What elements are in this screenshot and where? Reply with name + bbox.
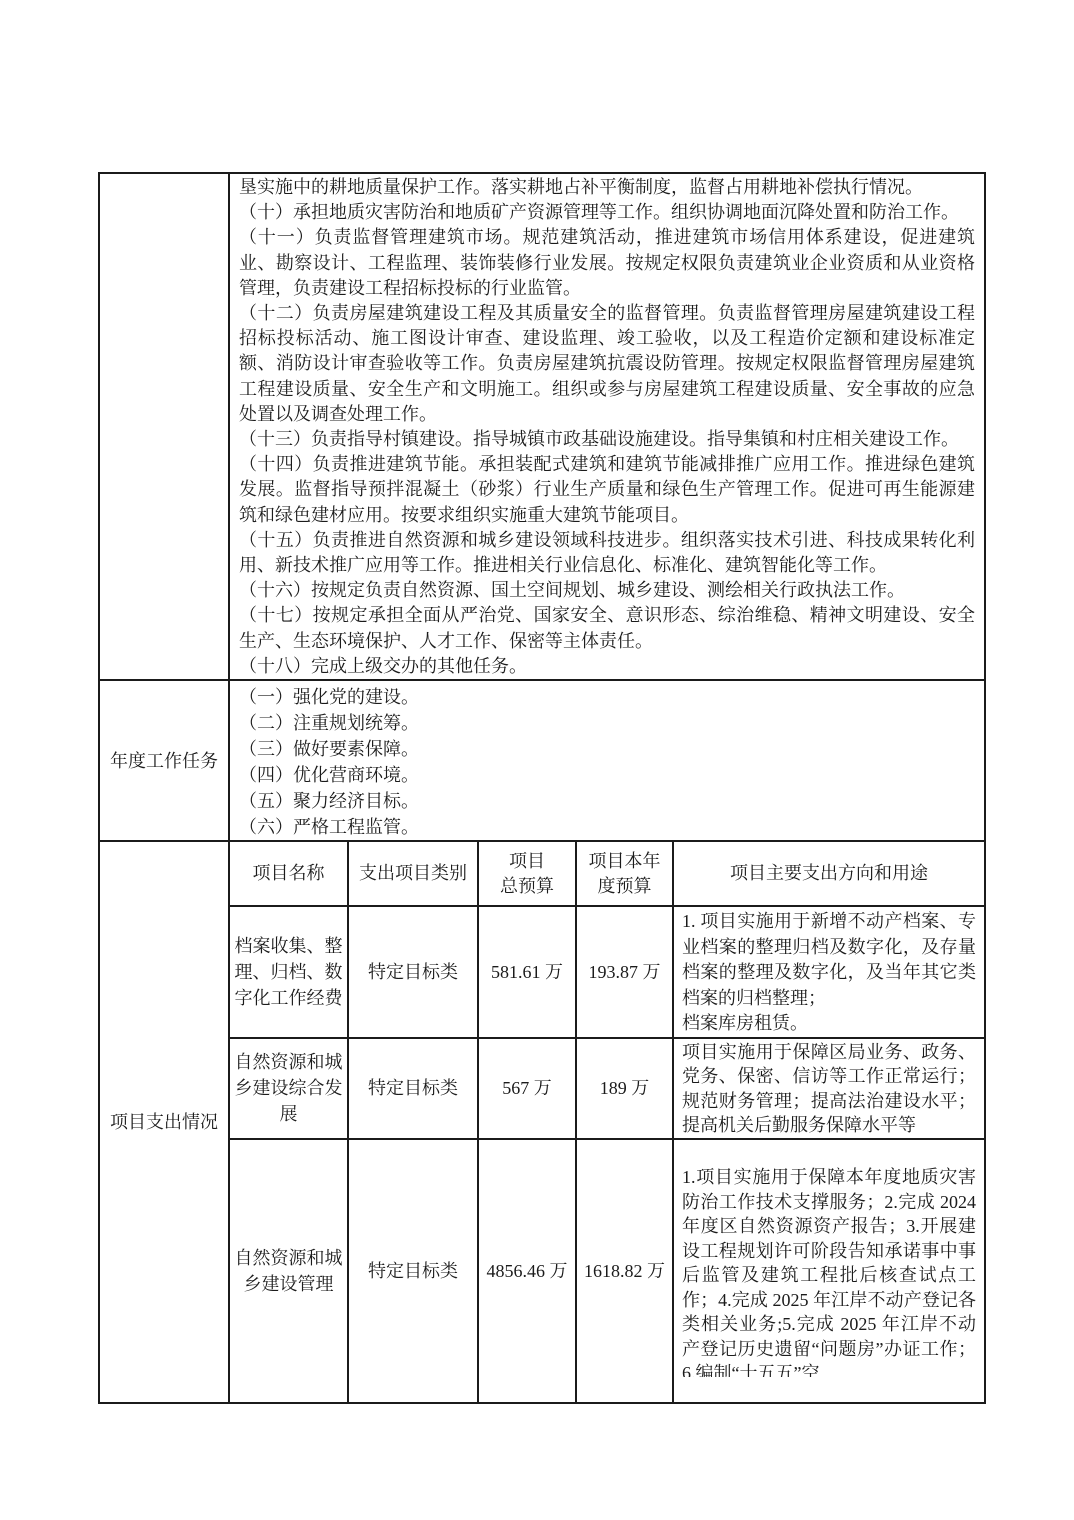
project-total-budget: 4856.46 万 xyxy=(478,1139,576,1403)
duties-paragraph: 垦实施中的耕地质量保护工作。落实耕地占补平衡制度，监督占用耕地补偿执行情况。 xyxy=(239,175,975,200)
duties-text-cell: 垦实施中的耕地质量保护工作。落实耕地占补平衡制度，监督占用耕地补偿执行情况。 （… xyxy=(229,173,985,680)
table-row-project-management: 自然资源和城乡建设管理 特定目标类 4856.46 万 1618.82 万 1.… xyxy=(99,1139,985,1403)
column-header-total-budget: 项目 总预算 xyxy=(478,841,576,906)
column-header-purpose: 项目主要支出方向和用途 xyxy=(673,841,985,906)
table-row-project-archives: 档案收集、整理、归档、数字化工作经费 特定目标类 581.61 万 193.87… xyxy=(99,906,985,1038)
project-total-budget: 581.61 万 xyxy=(478,906,576,1038)
project-name: 自然资源和城乡建设管理 xyxy=(229,1139,348,1403)
task-item: （一）强化党的建设。 xyxy=(239,684,975,710)
row-label-project-spending: 项目支出情况 xyxy=(99,841,229,1403)
project-year-budget: 1618.82 万 xyxy=(576,1139,673,1403)
task-item: （三）做好要素保障。 xyxy=(239,736,975,762)
column-header-project-name: 项目名称 xyxy=(229,841,348,906)
task-item: （五）聚力经济目标。 xyxy=(239,788,975,814)
duties-paragraph: （十三）负责指导村镇建设。指导城镇市政基础设施建设。指导集镇和村庄相关建设工作。 xyxy=(239,427,975,452)
duties-paragraph: （十）承担地质灾害防治和地质矿产资源管理等工作。组织协调地面沉降处置和防治工作。 xyxy=(239,200,975,225)
table-row-annual-tasks: 年度工作任务 （一）强化党的建设。 （二）注重规划统筹。 （三）做好要素保障。 … xyxy=(99,680,985,841)
project-purpose: 项目实施用于保障区局业务、政务、党务、保密、信访等工作正常运行；规范财务管理；提… xyxy=(673,1038,985,1139)
budget-table: 垦实施中的耕地质量保护工作。落实耕地占补平衡制度，监督占用耕地补偿执行情况。 （… xyxy=(98,172,986,1404)
project-name: 自然资源和城乡建设综合发展 xyxy=(229,1038,348,1139)
column-header-category: 支出项目类别 xyxy=(348,841,478,906)
project-purpose-clipped-text: 1.项目实施用于保障本年度地质灾害防治工作技术支撑服务；2.完成 2024 年度… xyxy=(682,1165,976,1377)
duties-paragraph: （十六）按规定负责自然资源、国土空间规划、城乡建设、测绘相关行政执法工作。 xyxy=(239,578,975,603)
duties-paragraph: （十二）负责房屋建筑建设工程及其质量安全的监督管理。负责监督管理房屋建筑建设工程… xyxy=(239,301,975,427)
column-header-year-budget: 项目本年 度预算 xyxy=(576,841,673,906)
project-year-budget: 189 万 xyxy=(576,1038,673,1139)
project-purpose: 1. 项目实施用于新增不动产档案、专业档案的整理归档及数字化，及存量档案的整理及… xyxy=(673,906,985,1038)
document-page: 垦实施中的耕地质量保护工作。落实耕地占补平衡制度，监督占用耕地补偿执行情况。 （… xyxy=(0,0,1074,1520)
duties-paragraph: （十四）负责推进建筑节能。承担装配式建筑和建筑节能减排推广应用工作。推进绿色建筑… xyxy=(239,452,975,528)
task-item: （二）注重规划统筹。 xyxy=(239,710,975,736)
project-category: 特定目标类 xyxy=(348,1038,478,1139)
duties-paragraph: （十七）按规定承担全面从严治党、国家安全、意识形态、综治维稳、精神文明建设、安全… xyxy=(239,603,975,653)
task-item: （四）优化营商环境。 xyxy=(239,762,975,788)
project-name: 档案收集、整理、归档、数字化工作经费 xyxy=(229,906,348,1038)
table-row-duties: 垦实施中的耕地质量保护工作。落实耕地占补平衡制度，监督占用耕地补偿执行情况。 （… xyxy=(99,173,985,680)
table-row-project-comprehensive: 自然资源和城乡建设综合发展 特定目标类 567 万 189 万 项目实施用于保障… xyxy=(99,1038,985,1139)
row-label-annual-tasks: 年度工作任务 xyxy=(99,680,229,841)
task-item: （六）严格工程监管。 xyxy=(239,814,975,840)
row-label-duties-empty xyxy=(99,173,229,680)
project-year-budget: 193.87 万 xyxy=(576,906,673,1038)
project-total-budget: 567 万 xyxy=(478,1038,576,1139)
duties-paragraph: （十五）负责推进自然资源和城乡建设领域科技进步。组织落实技术引进、科技成果转化利… xyxy=(239,528,975,578)
duties-paragraph: （十八）完成上级交办的其他任务。 xyxy=(239,654,975,679)
project-purpose: 1.项目实施用于保障本年度地质灾害防治工作技术支撑服务；2.完成 2024 年度… xyxy=(673,1139,985,1403)
project-category: 特定目标类 xyxy=(348,1139,478,1403)
project-category: 特定目标类 xyxy=(348,906,478,1038)
annual-tasks-cell: （一）强化党的建设。 （二）注重规划统筹。 （三）做好要素保障。 （四）优化营商… xyxy=(229,680,985,841)
table-row-spending-header: 项目支出情况 项目名称 支出项目类别 项目 总预算 项目本年 度预算 项目主要支… xyxy=(99,841,985,906)
duties-paragraph: （十一）负责监督管理建筑市场。规范建筑活动，推进建筑市场信用体系建设，促进建筑业… xyxy=(239,225,975,301)
